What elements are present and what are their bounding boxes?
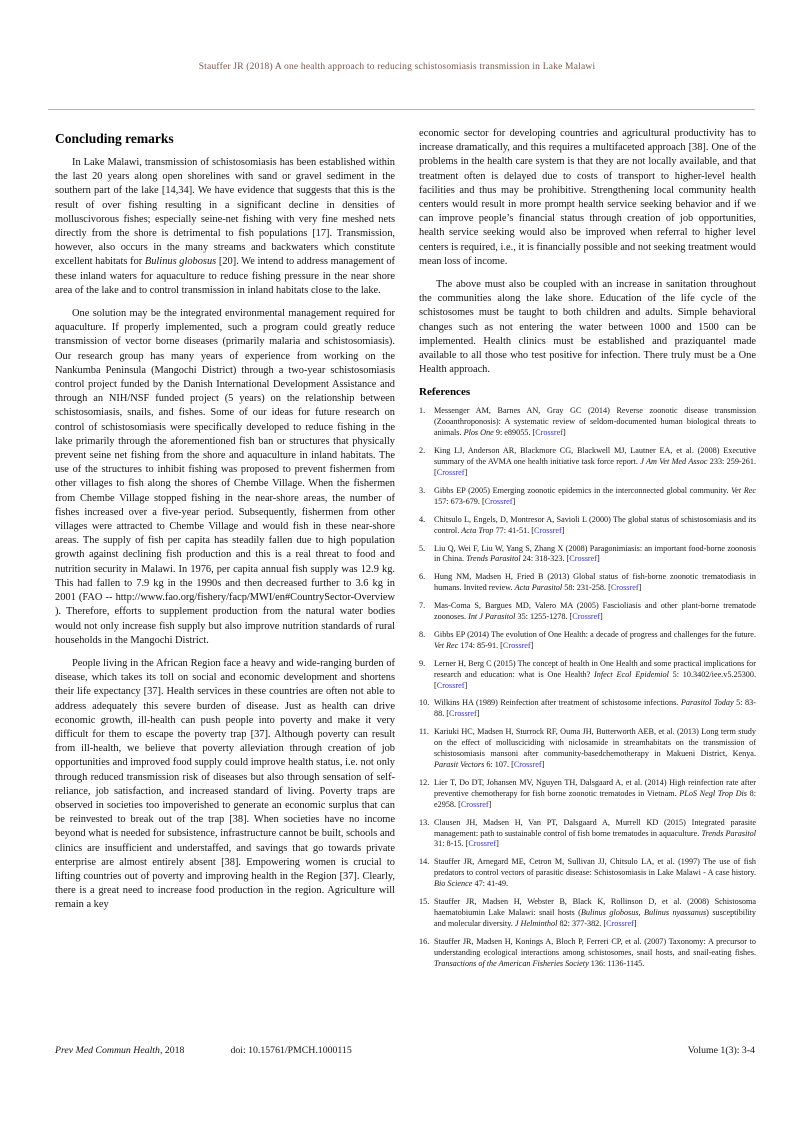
reference-number: 7. [419, 601, 425, 612]
body-paragraph: In Lake Malawi, transmission of schistos… [55, 156, 395, 298]
running-head: Stauffer JR (2018) A one health approach… [0, 62, 794, 72]
references-list: 1.Messenger AM, Barnes AN, Gray GC (2014… [419, 406, 756, 969]
reference-number: 1. [419, 406, 425, 417]
italic-text: J Am Vet Med Assoc [640, 457, 707, 466]
italic-text: Trends Parasitol [701, 829, 756, 838]
left-column-paragraphs: In Lake Malawi, transmission of schistos… [55, 156, 395, 913]
body-paragraph: One solution may be the integrated envir… [55, 307, 395, 648]
reference-item: 11.Kariuki HC, Madsen H, Sturrock RF, Ou… [419, 727, 756, 771]
text-run: ] [464, 681, 467, 690]
reference-item: 3.Gibbs EP (2005) Emerging zoonotic epid… [419, 486, 756, 508]
text-run: Stauffer JR, Madsen H, Konings A, Bloch … [434, 937, 756, 957]
reference-number: 5. [419, 544, 425, 555]
reference-item: 9.Lerner H, Berg C (2015) The concept of… [419, 659, 756, 692]
text-run: ] [597, 554, 600, 563]
left-column: Concluding remarks In Lake Malawi, trans… [55, 127, 395, 977]
italic-text: Acta Parasitol [515, 583, 563, 592]
text-run: In Lake Malawi, transmission of schistos… [55, 157, 395, 267]
reference-item: 4.Chitsulo L, Engels, D, Montresor A, Sa… [419, 515, 756, 537]
reference-item: 16.Stauffer JR, Madsen H, Konings A, Blo… [419, 937, 756, 970]
footer-volume-pages: Volume 1(3): 3-4 [688, 1045, 755, 1056]
text-run: ] [562, 526, 565, 535]
text-run: 6: 107. [ [484, 760, 514, 769]
text-run: People living in the African Region face… [55, 658, 395, 910]
italic-text: J Helminthol [515, 919, 558, 928]
text-run: ] [639, 583, 642, 592]
text-run: ] [489, 800, 492, 809]
page-footer: Prev Med Commun Health , 2018 doi: 10.15… [55, 1045, 755, 1056]
references-heading: References [419, 386, 756, 398]
text-run: 157: 673-679. [ [434, 497, 485, 506]
reference-number: 16. [419, 937, 429, 948]
italic-text: Bio Science [434, 879, 472, 888]
reference-item: 12.Lier T, Do DT, Johansen MV, Nguyen TH… [419, 778, 756, 811]
crossref-link[interactable]: Crossref [534, 526, 562, 535]
reference-number: 4. [419, 515, 425, 526]
body-paragraph: The above must also be coupled with an i… [419, 278, 756, 377]
text-run: ] [634, 919, 637, 928]
italic-text: PLoS Negl Trop Dis [679, 789, 747, 798]
crossref-link[interactable]: Crossref [461, 800, 489, 809]
italic-text: Vet Rec [731, 486, 756, 495]
italic-text: Vet Rec [434, 641, 458, 650]
italic-text: Trends Parasitol [466, 554, 521, 563]
body-paragraph: People living in the African Region face… [55, 657, 395, 913]
reference-number: 11. [419, 727, 429, 738]
italic-text: Transactions of the American Fisheries S… [434, 959, 589, 968]
header-divider [48, 109, 755, 110]
reference-number: 13. [419, 818, 429, 829]
crossref-link[interactable]: Crossref [514, 760, 542, 769]
italic-text: Bulinus globosus [145, 256, 216, 267]
italic-text: Plos One [464, 428, 494, 437]
text-run: ] [600, 612, 603, 621]
reference-item: 6.Hung NM, Madsen H, Fried B (2013) Glob… [419, 572, 756, 594]
reference-number: 3. [419, 486, 425, 497]
text-run: Kariuki HC, Madsen H, Sturrock RF, Ouma … [434, 727, 756, 758]
footer-doi: doi: 10.15761/PMCH.1000115 [230, 1045, 351, 1056]
italic-text: Int J Parasitol [468, 612, 515, 621]
text-run: 9: e89055. [ [494, 428, 535, 437]
reference-number: 12. [419, 778, 429, 789]
reference-number: 10. [419, 698, 429, 709]
italic-text: Parasitol Today [681, 698, 734, 707]
text-run: ] [531, 641, 534, 650]
reference-item: 13.Clausen JH, Madsen H, Van PT, Dalsgaa… [419, 818, 756, 851]
text-run: 24: 318-323. [ [521, 554, 570, 563]
paper-page: Stauffer JR (2018) A one health approach… [0, 0, 794, 1123]
reference-item: 14.Stauffer JR, Arnegard ME, Cetron M, S… [419, 857, 756, 890]
crossref-link[interactable]: Crossref [572, 612, 600, 621]
text-run: 58: 231-258. [ [562, 583, 611, 592]
crossref-link[interactable]: Crossref [606, 919, 634, 928]
crossref-link[interactable]: Crossref [468, 839, 496, 848]
text-run: The above must also be coupled with an i… [419, 279, 756, 375]
text-run: ] [542, 760, 545, 769]
text-run: ] [464, 468, 467, 477]
italic-text: Acta Trop [461, 526, 493, 535]
two-column-body: Concluding remarks In Lake Malawi, trans… [55, 127, 756, 977]
reference-item: 7.Mas-Coma S, Bargues MD, Valero MA (200… [419, 601, 756, 623]
body-paragraph: economic sector for developing countries… [419, 127, 756, 269]
right-column-paragraphs: economic sector for developing countries… [419, 127, 756, 377]
crossref-link[interactable]: Crossref [437, 468, 465, 477]
text-run: 82: 377-382. [ [557, 919, 606, 928]
reference-item: 2.King LJ, Anderson AR, Blackmore CG, Bl… [419, 446, 756, 479]
crossref-link[interactable]: Crossref [535, 428, 563, 437]
crossref-link[interactable]: Crossref [437, 681, 465, 690]
footer-year: , 2018 [160, 1045, 185, 1056]
text-run: ] [477, 709, 480, 718]
reference-item: 1.Messenger AM, Barnes AN, Gray GC (2014… [419, 406, 756, 439]
text-run: Gibbs EP (2014) The evolution of One Hea… [434, 630, 756, 639]
text-run: Gibbs EP (2005) Emerging zoonotic epidem… [434, 486, 731, 495]
text-run: 31: 8-15. [ [434, 839, 468, 848]
reference-item: 15.Stauffer JR, Madsen H, Webster B, Bla… [419, 897, 756, 930]
text-run: ] [496, 839, 499, 848]
text-run: 136: 1136-1145. [589, 959, 645, 968]
text-run: 47: 41-49. [472, 879, 508, 888]
crossref-link[interactable]: Crossref [611, 583, 639, 592]
right-column: economic sector for developing countries… [419, 127, 756, 977]
text-run: 174: 85-91. [ [458, 641, 503, 650]
text-run: economic sector for developing countries… [419, 128, 756, 267]
reference-number: 15. [419, 897, 429, 908]
reference-number: 2. [419, 446, 425, 457]
reference-number: 14. [419, 857, 429, 868]
reference-item: 8.Gibbs EP (2014) The evolution of One H… [419, 630, 756, 652]
text-run: ] [563, 428, 566, 437]
reference-number: 6. [419, 572, 425, 583]
text-run: 77: 41-51. [ [494, 526, 534, 535]
crossref-link[interactable]: Crossref [485, 497, 513, 506]
italic-text: Parasit Vectors [434, 760, 484, 769]
italic-text: Bulinus globosus, Bulinus nyassanus [581, 908, 706, 917]
text-run: Stauffer JR, Arnegard ME, Cetron M, Sull… [434, 857, 756, 877]
section-title-concluding-remarks: Concluding remarks [55, 131, 395, 147]
reference-number: 9. [419, 659, 425, 670]
text-run: One solution may be the integrated envir… [55, 308, 395, 646]
text-run: 35: 1255-1278. [ [515, 612, 572, 621]
text-run: Wilkins HA (1989) Reinfection after trea… [434, 698, 681, 707]
footer-journal-name: Prev Med Commun Health [55, 1045, 160, 1056]
reference-item: 5.Liu Q, Wei F, Liu W, Yang S, Zhang X (… [419, 544, 756, 566]
crossref-link[interactable]: Crossref [503, 641, 531, 650]
reference-number: 8. [419, 630, 425, 641]
crossref-link[interactable]: Crossref [569, 554, 597, 563]
reference-item: 10.Wilkins HA (1989) Reinfection after t… [419, 698, 756, 720]
text-run: ] [512, 497, 515, 506]
crossref-link[interactable]: Crossref [449, 709, 477, 718]
italic-text: Infect Ecol Epidemiol [594, 670, 669, 679]
